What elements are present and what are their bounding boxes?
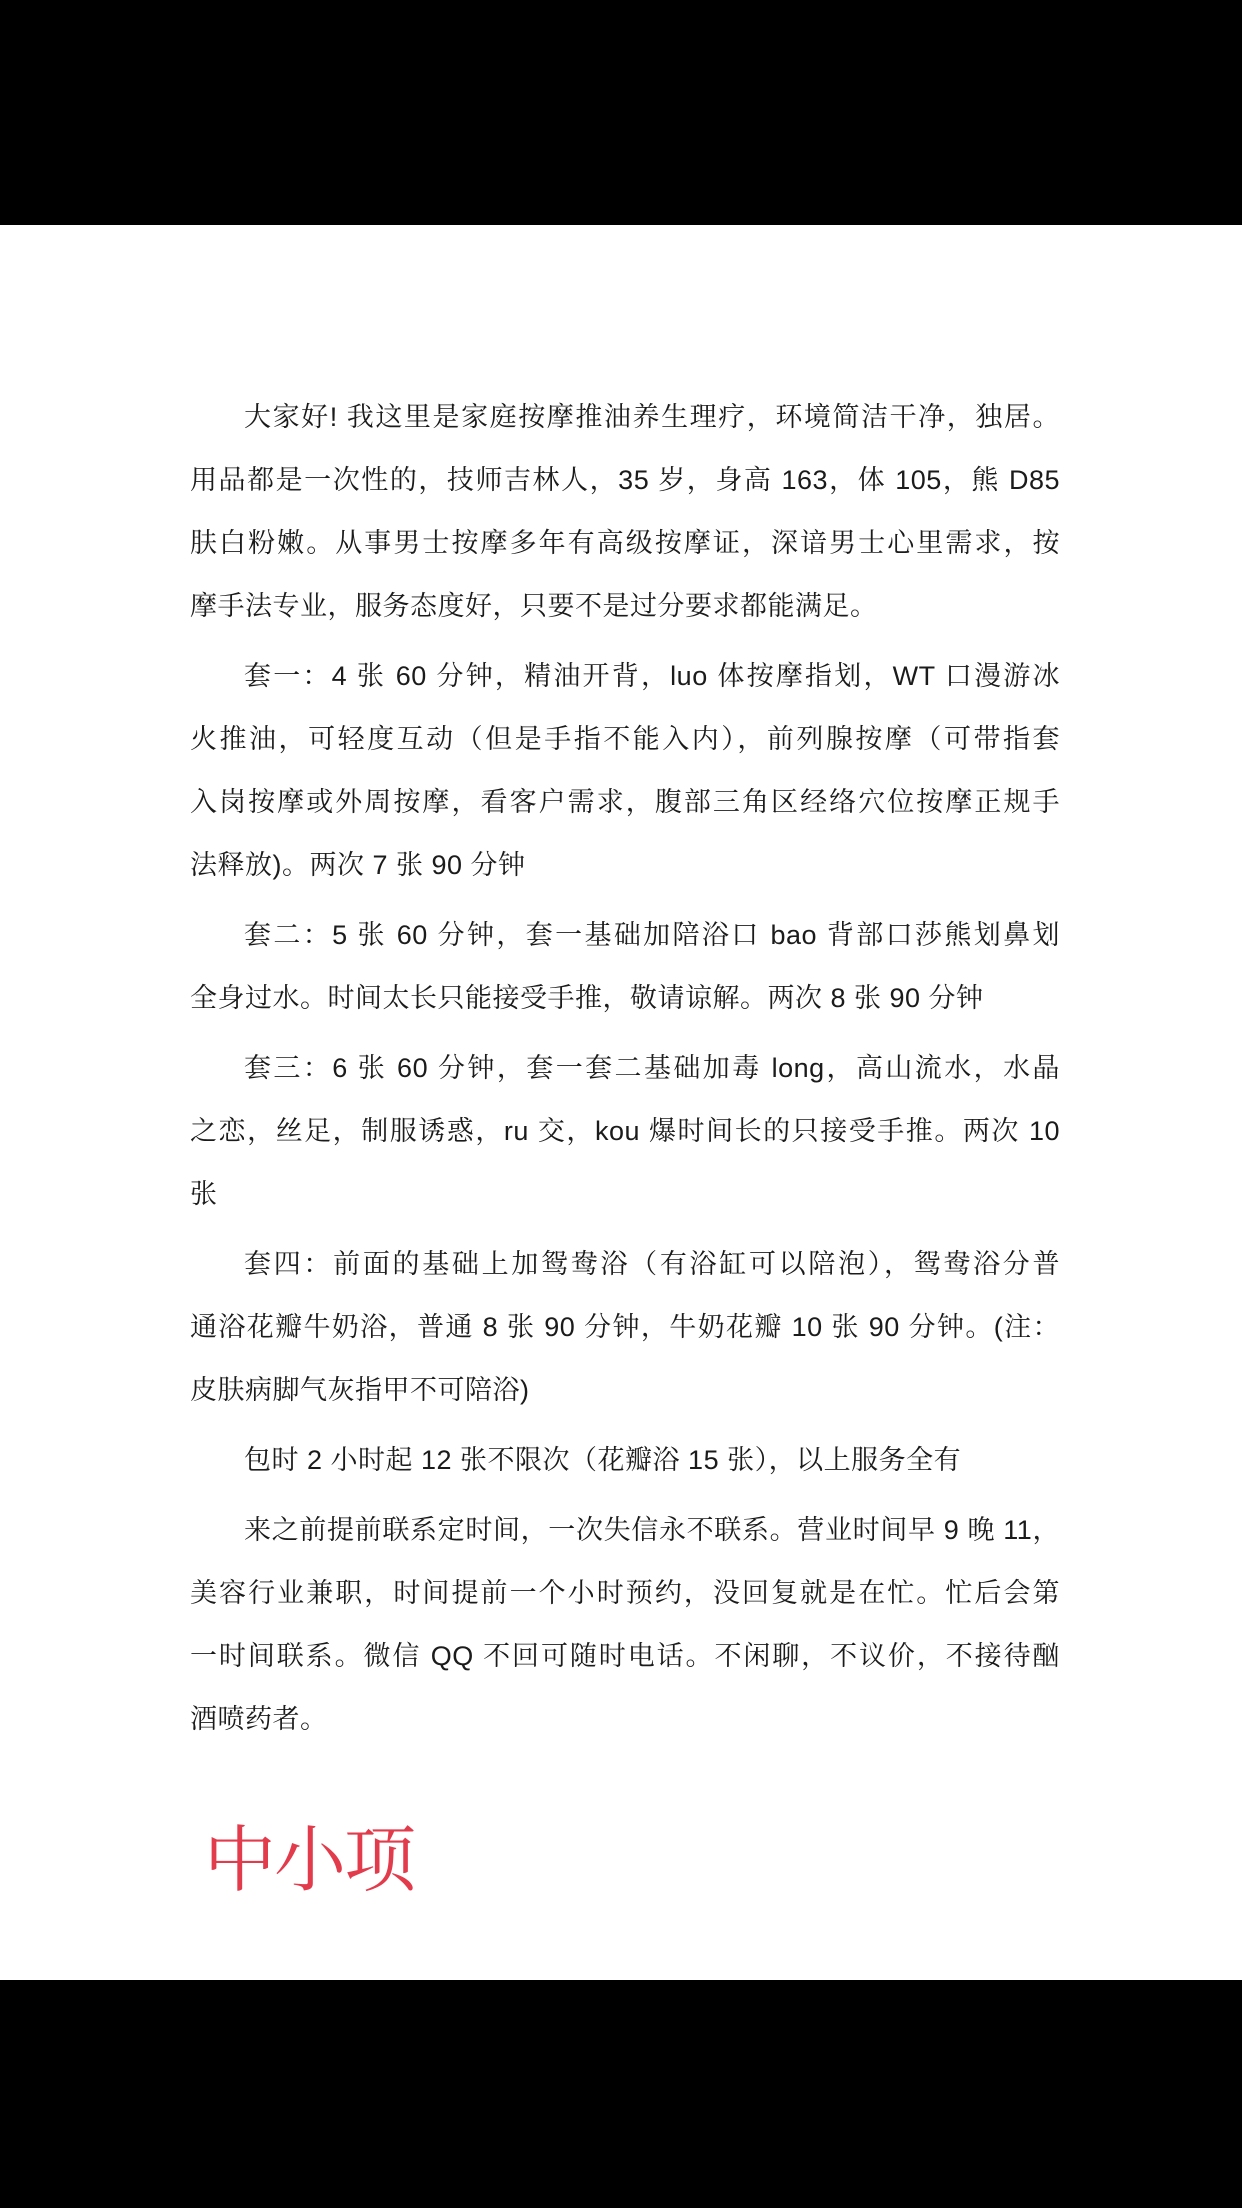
text-line: 摩手法专业，服务态度好，只要不是过分要求都能满足。: [190, 575, 1060, 638]
text-line: 套三：6 张 60 分钟，套一套二基础加毒 long，高山流水，水晶: [190, 1037, 1060, 1100]
footer-label: 中小项: [204, 1818, 414, 1904]
paragraph: 包时 2 小时起 12 张不限次（花瓣浴 15 张），以上服务全有: [190, 1429, 1060, 1492]
document-body: 大家好! 我这里是家庭按摩推油养生理疗，环境简洁干净，独居。用品都是一次性的，技…: [190, 386, 1060, 1758]
bottom-letterbox-bar: [0, 1980, 1242, 2208]
text-line: 套四：前面的基础上加鸳鸯浴（有浴缸可以陪泡），鸳鸯浴分普: [190, 1233, 1060, 1296]
top-letterbox-bar: [0, 0, 1242, 225]
text-line: 张: [190, 1163, 1060, 1226]
text-line: 大家好! 我这里是家庭按摩推油养生理疗，环境简洁干净，独居。: [190, 386, 1060, 449]
text-line: 肤白粉嫩。从事男士按摩多年有高级按摩证，深谙男士心里需求，按: [190, 512, 1060, 575]
paragraph: 套四：前面的基础上加鸳鸯浴（有浴缸可以陪泡），鸳鸯浴分普通浴花瓣牛奶浴，普通 8…: [190, 1233, 1060, 1422]
text-line: 来之前提前联系定时间，一次失信永不联系。营业时间早 9 晚 11，: [190, 1499, 1060, 1562]
text-line: 套一：4 张 60 分钟，精油开背，luo 体按摩指划，WT 口漫游冰: [190, 645, 1060, 708]
paragraph: 套一：4 张 60 分钟，精油开背，luo 体按摩指划，WT 口漫游冰火推油，可…: [190, 645, 1060, 897]
text-line: 酒喷药者。: [190, 1688, 1060, 1751]
text-line: 入岗按摩或外周按摩，看客户需求，腹部三角区经络穴位按摩正规手: [190, 771, 1060, 834]
text-line: 一时间联系。微信 QQ 不回可随时电话。不闲聊，不议价，不接待酗: [190, 1625, 1060, 1688]
text-line: 美容行业兼职，时间提前一个小时预约，没回复就是在忙。忙后会第: [190, 1562, 1060, 1625]
paragraph: 套二：5 张 60 分钟，套一基础加陪浴口 bao 背部口莎熊划鼻划全身过水。时…: [190, 904, 1060, 1030]
text-line: 包时 2 小时起 12 张不限次（花瓣浴 15 张），以上服务全有: [190, 1429, 1060, 1492]
text-line: 法释放)。两次 7 张 90 分钟: [190, 834, 1060, 897]
text-line: 套二：5 张 60 分钟，套一基础加陪浴口 bao 背部口莎熊划鼻划: [190, 904, 1060, 967]
text-line: 通浴花瓣牛奶浴，普通 8 张 90 分钟，牛奶花瓣 10 张 90 分钟。(注：: [190, 1296, 1060, 1359]
text-line: 火推油，可轻度互动（但是手指不能入内），前列腺按摩（可带指套: [190, 708, 1060, 771]
paragraph: 套三：6 张 60 分钟，套一套二基础加毒 long，高山流水，水晶之恋，丝足，…: [190, 1037, 1060, 1226]
text-line: 全身过水。时间太长只能接受手推，敬请谅解。两次 8 张 90 分钟: [190, 967, 1060, 1030]
paragraph: 大家好! 我这里是家庭按摩推油养生理疗，环境简洁干净，独居。用品都是一次性的，技…: [190, 386, 1060, 638]
text-line: 之恋，丝足，制服诱惑，ru 交，kou 爆时间长的只接受手推。两次 10: [190, 1100, 1060, 1163]
screenshot-page: 大家好! 我这里是家庭按摩推油养生理疗，环境简洁干净，独居。用品都是一次性的，技…: [0, 0, 1242, 2208]
text-line: 皮肤病脚气灰指甲不可陪浴): [190, 1359, 1060, 1422]
text-line: 用品都是一次性的，技师吉林人，35 岁，身高 163，体 105，熊 D85: [190, 449, 1060, 512]
paragraph: 来之前提前联系定时间，一次失信永不联系。营业时间早 9 晚 11，美容行业兼职，…: [190, 1499, 1060, 1751]
